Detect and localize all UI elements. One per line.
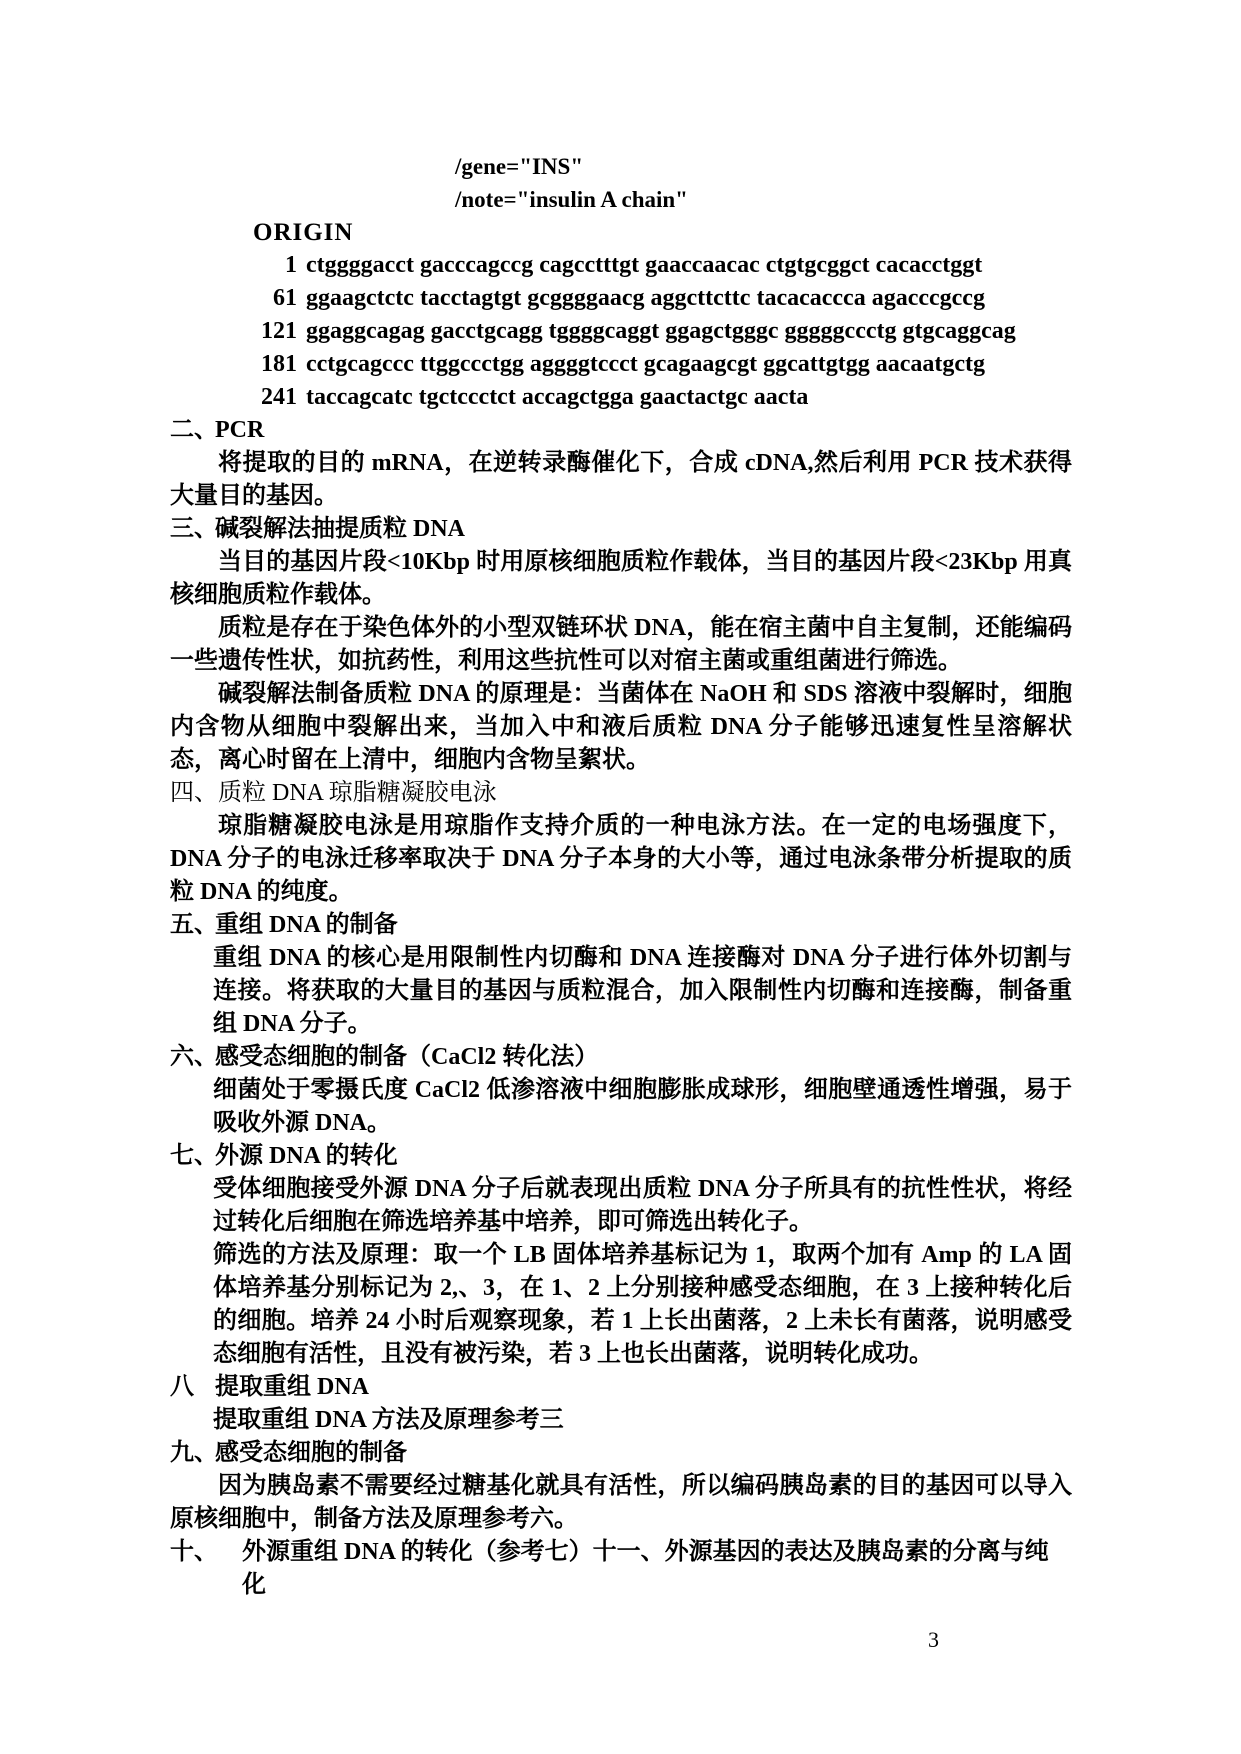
genbank-qualifier-note: /note="insulin A chain" [455, 183, 1072, 216]
genbank-origin-label: ORIGIN [253, 216, 1072, 249]
section-number: 四、 [170, 780, 218, 806]
section-title: PCR [215, 414, 1072, 447]
sequence-bases: cctgcagccc ttggccctgg aggggtccct gcagaag… [306, 348, 985, 381]
sequence-line: 1 ctggggacct gacccagccg cagcctttgt gaacc… [170, 249, 1072, 282]
sequence-position: 61 [170, 282, 297, 315]
sequence-position: 181 [170, 348, 297, 381]
section-title: 感受态细胞的制备 [215, 1437, 1072, 1470]
section-title: 重组 DNA 的制备 [215, 909, 1072, 942]
section-number: 二、 [170, 414, 215, 447]
sequence-position: 1 [170, 249, 297, 282]
paragraph: 筛选的方法及原理：取一个 LB 固体培养基标记为 1，取两个加有 Amp 的 L… [213, 1239, 1072, 1371]
section-number: 十、 [170, 1536, 242, 1602]
sequence-line: 181 cctgcagccc ttggccctgg aggggtccct gca… [170, 348, 1072, 381]
section-title: 感受态细胞的制备（CaCl2 转化法） [215, 1041, 1072, 1074]
paragraph: 细菌处于零摄氏度 CaCl2 低渗溶液中细胞膨胀成球形，细胞壁通透性增强，易于吸… [213, 1074, 1072, 1140]
section-number: 六、 [170, 1041, 215, 1074]
section-heading-7: 七、 外源 DNA 的转化 [170, 1140, 1072, 1173]
sequence-bases: ctggggacct gacccagccg cagcctttgt gaaccaa… [306, 249, 982, 282]
section-heading-6: 六、 感受态细胞的制备（CaCl2 转化法） [170, 1041, 1072, 1074]
paragraph: 碱裂解法制备质粒 DNA 的原理是：当菌体在 NaOH 和 SDS 溶液中裂解时… [170, 678, 1072, 777]
section-number: 九、 [170, 1437, 215, 1470]
paragraph: 将提取的目的 mRNA，在逆转录酶催化下，合成 cDNA,然后利用 PCR 技术… [170, 447, 1072, 513]
section-title: 提取重组 DNA [215, 1371, 1072, 1404]
section-number: 七、 [170, 1140, 215, 1173]
paragraph: 提取重组 DNA 方法及原理参考三 [213, 1404, 1072, 1437]
genbank-qualifier-gene: /gene="INS" [455, 150, 1072, 183]
section-heading-9: 九、 感受态细胞的制备 [170, 1437, 1072, 1470]
paragraph: 重组 DNA 的核心是用限制性内切酶和 DNA 连接酶对 DNA 分子进行体外切… [213, 942, 1072, 1041]
document-page: /gene="INS" /note="insulin A chain" ORIG… [170, 150, 1072, 1602]
section-title: 碱裂解法抽提质粒 DNA [215, 513, 1072, 546]
section-title: 外源 DNA 的转化 [215, 1140, 1072, 1173]
sequence-bases: ggaagctctc tacctagtgt gcggggaacg aggcttc… [306, 282, 985, 315]
sequence-line: 121 ggaggcagag gacctgcagg tggggcaggt gga… [170, 315, 1072, 348]
sequence-position: 241 [170, 381, 297, 414]
paragraph: 琼脂糖凝胶电泳是用琼脂作支持介质的一种电泳方法。在一定的电场强度下，DNA 分子… [170, 810, 1072, 909]
section-heading-3: 三、 碱裂解法抽提质粒 DNA [170, 513, 1072, 546]
section-number: 五、 [170, 909, 215, 942]
paragraph: 质粒是存在于染色体外的小型双链环状 DNA，能在宿主菌中自主复制，还能编码一些遗… [170, 612, 1072, 678]
section-heading-10: 十、 外源重组 DNA 的转化（参考七）十一、外源基因的表达及胰岛素的分离与纯化 [170, 1536, 1072, 1602]
section-heading-5: 五、 重组 DNA 的制备 [170, 909, 1072, 942]
section-title: 质粒 DNA 琼脂糖凝胶电泳 [218, 780, 497, 806]
sequence-bases: taccagcatc tgctccctct accagctgga gaactac… [306, 381, 808, 414]
section-title: 外源重组 DNA 的转化（参考七）十一、外源基因的表达及胰岛素的分离与纯化 [242, 1536, 1072, 1602]
paragraph: 当目的基因片段<10Kbp 时用原核细胞质粒作载体，当目的基因片段<23Kbp … [170, 546, 1072, 612]
section-heading-4: 四、质粒 DNA 琼脂糖凝胶电泳 [170, 777, 1072, 810]
section-number: 八 [170, 1371, 215, 1404]
sequence-bases: ggaggcagag gacctgcagg tggggcaggt ggagctg… [306, 315, 1016, 348]
sequence-line: 61 ggaagctctc tacctagtgt gcggggaacg aggc… [170, 282, 1072, 315]
section-heading-2: 二、 PCR [170, 414, 1072, 447]
section-number: 三、 [170, 513, 215, 546]
page-number: 3 [928, 1626, 939, 1654]
section-heading-8: 八 提取重组 DNA [170, 1371, 1072, 1404]
paragraph: 受体细胞接受外源 DNA 分子后就表现出质粒 DNA 分子所具有的抗性性状，将经… [213, 1173, 1072, 1239]
sequence-line: 241 taccagcatc tgctccctct accagctgga gaa… [170, 381, 1072, 414]
paragraph: 因为胰岛素不需要经过糖基化就具有活性，所以编码胰岛素的目的基因可以导入原核细胞中… [170, 1470, 1072, 1536]
sequence-position: 121 [170, 315, 297, 348]
